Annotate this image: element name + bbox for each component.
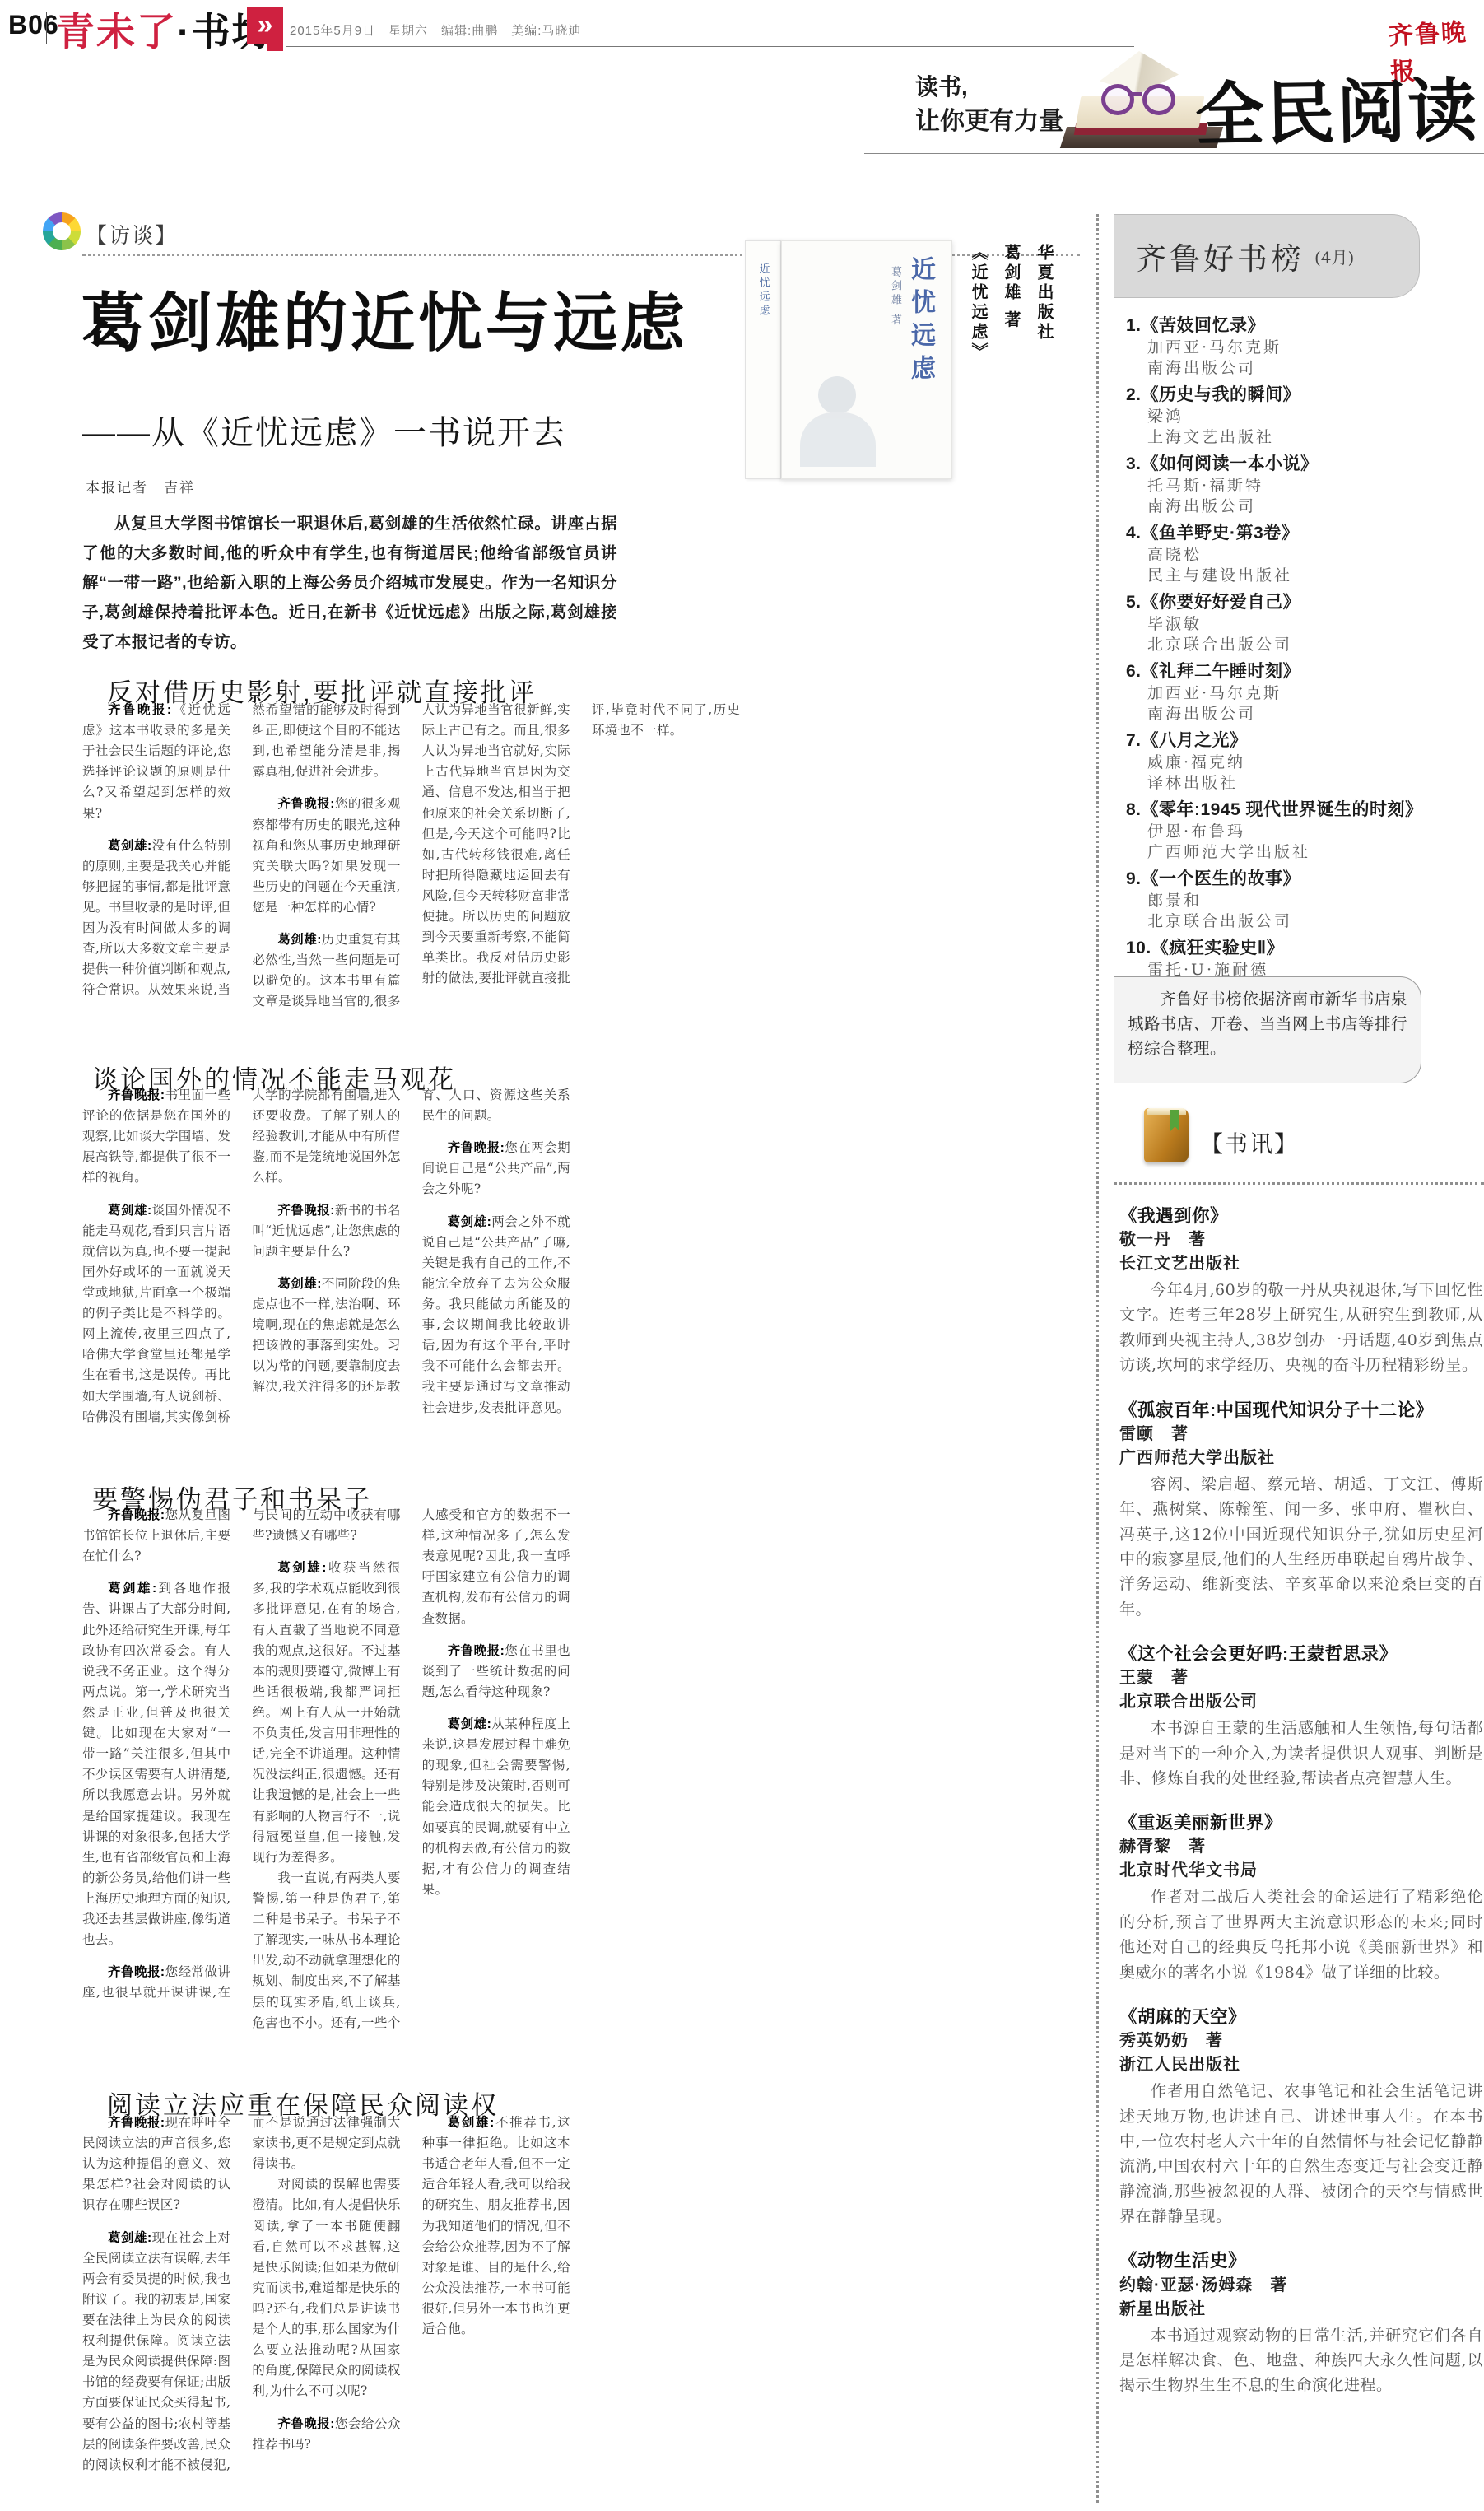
speaker-label: 葛剑雄: bbox=[108, 1204, 151, 1218]
book-author: 王蒙 著 bbox=[1119, 1666, 1483, 1690]
article-paragraph: 齐鲁晚报:《近忧远虑》这本书收录的多是关于社会民生话题的评论,您选择评论议题的原… bbox=[82, 700, 230, 824]
book-publisher: 北京联合出版公司 bbox=[1126, 911, 1475, 933]
book-author: 雷颐 著 bbox=[1119, 1423, 1483, 1447]
banner-title: 全民阅读 bbox=[1194, 55, 1484, 160]
speaker-label: 葛剑雄: bbox=[108, 839, 151, 853]
section-masthead: 青未了·书坊 bbox=[56, 2, 272, 57]
article-paragraph: 齐鲁晚报:现在呼吁全民阅读立法的声音很多,您认为这种提倡的意义、效果怎样?社会对… bbox=[82, 2113, 230, 2216]
book-author: 梁鸿 bbox=[1126, 407, 1475, 428]
shuxun-item: 《这个社会会更好吗:王蒙哲思录》王蒙 著北京联合出版公司本书源自王蒙的生活感触和… bbox=[1119, 1642, 1483, 1791]
booklist-item: 9.《一个医生的故事》郎景和北京联合出版公司 bbox=[1126, 868, 1475, 933]
book-title: 9.《一个医生的故事》 bbox=[1126, 868, 1475, 891]
pinwheel-icon bbox=[43, 212, 81, 250]
article-paragraph: 葛剑雄:到各地作报告、讲课占了大部分时间,此外还给研究生开课,每年政协有四次常委… bbox=[82, 1578, 230, 1950]
booklist-item: 6.《礼拜二午睡时刻》加西亚·马尔克斯南海出版公司 bbox=[1126, 660, 1475, 725]
section-body-4: 齐鲁晚报:现在呼吁全民阅读立法的声音很多,您认为这种提倡的意义、效果怎样?社会对… bbox=[82, 2113, 1080, 2480]
booklist-item: 7.《八月之光》威廉·福克纳译林出版社 bbox=[1126, 729, 1475, 794]
speaker-label: 齐鲁晚报: bbox=[277, 2417, 334, 2431]
shuxun-item: 《动物生活史》约翰·亚瑟·汤姆森 著新星出版社本书通过观察动物的日常生活,并研究… bbox=[1119, 2248, 1483, 2397]
banner-slogan-line2: 让你更有力量 bbox=[915, 100, 1063, 137]
book-description: 本书源自王蒙的生活感触和人生领悟,每句话都是对当下的一种介入,为读者提供识人观事… bbox=[1119, 1716, 1483, 1791]
book-author: 高晓松 bbox=[1126, 545, 1475, 566]
book-title: 《胡麻的天空》 bbox=[1119, 2005, 1483, 2029]
speaker-label: 齐鲁晚报: bbox=[277, 797, 334, 811]
book-publisher: 南海出版公司 bbox=[1126, 704, 1475, 725]
shuxun-item: 《胡麻的天空》秀英奶奶 著浙江人民出版社作者用自然笔记、农事笔记和社会生活笔记讲… bbox=[1119, 2005, 1483, 2229]
book-cover-title: 近忧远虑 bbox=[902, 256, 938, 388]
article-subtitle: ——从《近忧远虑》一书说开去 bbox=[82, 407, 566, 454]
shuxun-list: 《我遇到你》敬一丹 著长江文艺出版社今年4月,60岁的敬一丹从央视退休,写下回忆… bbox=[1119, 1204, 1483, 2418]
book-title: 《动物生活史》 bbox=[1119, 2248, 1483, 2273]
book-publisher: 新星出版社 bbox=[1119, 2298, 1483, 2322]
header-rule bbox=[286, 46, 1134, 47]
book-title: 5.《你要好好爱自己》 bbox=[1126, 591, 1475, 614]
author-sketch bbox=[793, 371, 884, 470]
speaker-label: 葛剑雄: bbox=[448, 2116, 495, 2130]
article-paragraph: 齐鲁晚报:您会给公众推荐书吗? bbox=[252, 2414, 400, 2455]
book-publisher: 广西师范大学出版社 bbox=[1126, 842, 1475, 864]
booklist-header: 齐鲁好书榜 (4月) bbox=[1114, 214, 1420, 298]
book-spine: 近忧远虑 bbox=[745, 240, 781, 479]
speaker-label: 齐鲁晚报: bbox=[448, 1644, 505, 1658]
speaker-label: 齐鲁晚报: bbox=[108, 1088, 165, 1102]
book-author: 威廉·福克纳 bbox=[1126, 752, 1475, 774]
booklist: 1.《苦妓回忆录》加西亚·马尔克斯南海出版公司2.《历史与我的瞬间》梁鸿上海文艺… bbox=[1126, 314, 1475, 1006]
page-number: B06 bbox=[8, 10, 59, 40]
book-title: 4.《鱼羊野史·第3卷》 bbox=[1126, 522, 1475, 545]
book-author: 敬一丹 著 bbox=[1119, 1228, 1483, 1252]
book-title: 7.《八月之光》 bbox=[1126, 729, 1475, 752]
book-publisher: 浙江人民出版社 bbox=[1119, 2053, 1483, 2077]
speaker-label: 齐鲁晚报: bbox=[448, 1141, 505, 1155]
article-paragraph: 葛剑雄:从某种程度上来说,这是发展过程中难免的现象,但社会需要警惕,特别是涉及决… bbox=[422, 1714, 570, 1900]
book-author: 加西亚·马尔克斯 bbox=[1126, 683, 1475, 705]
book-title: 6.《礼拜二午睡时刻》 bbox=[1126, 660, 1475, 683]
book-title: 2.《历史与我的瞬间》 bbox=[1126, 384, 1475, 407]
book-publisher: 广西师范大学出版社 bbox=[1119, 1447, 1483, 1470]
book-title: 《我遇到你》 bbox=[1119, 1204, 1483, 1228]
newspaper-page: B06 青未了·书坊 » 2015年5月9日 星期六 编辑:曲鹏 美编:马晓迪 … bbox=[0, 0, 1484, 2511]
book-description: 今年4月,60岁的敬一丹从央视退休,写下回忆性文字。连考三年28岁上研究生,从研… bbox=[1119, 1278, 1483, 1378]
article-paragraph: 齐鲁晚报:您在两会期间说自己是“公共产品”,两会之外呢? bbox=[422, 1138, 570, 1200]
book-publisher: 南海出版公司 bbox=[1126, 496, 1475, 518]
article-paragraph: 齐鲁晚报:您从复旦图书馆馆长位上退休后,主要在忙什么? bbox=[82, 1505, 230, 1567]
book-title: 《这个社会会更好吗:王蒙哲思录》 bbox=[1119, 1642, 1483, 1666]
shuxun-item: 《重返美丽新世界》赫胥黎 著北京时代华文书局作者对二战后人类社会的命运进行了精彩… bbox=[1119, 1810, 1483, 1985]
book-publisher: 上海文艺出版社 bbox=[1126, 427, 1475, 449]
shuxun-tag: 【书讯】 bbox=[1200, 1126, 1299, 1159]
book-publisher: 译林出版社 bbox=[1126, 773, 1475, 794]
sidebar-divider bbox=[1096, 214, 1099, 2503]
article-paragraph: 葛剑雄:收获当然很多,我的学术观点能收到很多批评意见,在有的场合,有人直截了当地… bbox=[252, 1558, 400, 1868]
book-author: 托马斯·福斯特 bbox=[1126, 476, 1475, 497]
book-cover-image: 近忧远虑 近忧远虑 葛剑雄 著 bbox=[745, 240, 952, 479]
article-title: 葛剑雄的近忧与远虑 bbox=[81, 272, 688, 364]
speaker-label: 葛剑雄: bbox=[277, 933, 321, 947]
article-paragraph: 齐鲁晚报:您在书里也谈到了一些统计数据的问题,怎么看待这种现象? bbox=[422, 1641, 570, 1703]
article-byline: 本报记者 吉祥 bbox=[86, 476, 195, 496]
speaker-label: 齐鲁晚报: bbox=[108, 2116, 165, 2130]
booklist-note: 齐鲁好书榜依据济南市新华书店泉城路书店、开卷、当当网上书店等排行榜综合整理。 bbox=[1128, 987, 1407, 1062]
speaker-label: 齐鲁晚报: bbox=[108, 703, 171, 717]
book-author: 毕淑敏 bbox=[1126, 614, 1475, 636]
article-paragraph: 齐鲁晚报:新书的书名叫“近忧远虑”,让您焦虑的问题主要是什么? bbox=[252, 1200, 400, 1262]
speaker-label: 葛剑雄: bbox=[108, 2231, 151, 2245]
article-paragraph: 葛剑雄:不推荐书,这种事一律拒绝。比如这本书适合老年人看,但不一定适合年轻人看,… bbox=[422, 2113, 570, 2340]
book-cover-caption: 华夏出版社 葛剑雄 著 《近忧远虑》 bbox=[961, 244, 1060, 481]
section-body-3: 齐鲁晚报:您从复旦图书馆馆长位上退休后,主要在忙什么?葛剑雄:到各地作报告、讲课… bbox=[82, 1505, 1080, 2040]
book-title: 1.《苦妓回忆录》 bbox=[1126, 314, 1475, 338]
book-publisher: 民主与建设出版社 bbox=[1126, 566, 1475, 587]
speaker-label: 齐鲁晚报: bbox=[108, 1508, 165, 1522]
section-body-2: 齐鲁晚报:书里面一些评论的依据是您在国外的观察,比如谈大学围墙、发展高铁等,都提… bbox=[82, 1085, 1080, 1434]
shuxun-dotted-rule bbox=[1114, 1182, 1484, 1185]
book-author: 秀英奶奶 著 bbox=[1119, 2029, 1483, 2053]
book-author: 郎景和 bbox=[1126, 891, 1475, 912]
booklist-item: 3.《如何阅读一本小说》托马斯·福斯特南海出版公司 bbox=[1126, 453, 1475, 518]
book-author: 赫胥黎 著 bbox=[1119, 1835, 1483, 1859]
speaker-label: 葛剑雄: bbox=[448, 1215, 491, 1229]
booklist-title: 齐鲁好书榜 bbox=[1136, 234, 1305, 278]
book-title: 10.《疯狂实验史Ⅱ》 bbox=[1126, 937, 1475, 960]
book-front-cover: 近忧远虑 葛剑雄 著 bbox=[781, 240, 952, 479]
article-tag: 【访谈】 bbox=[86, 219, 178, 249]
book-cover-author: 葛剑雄 著 bbox=[888, 266, 904, 328]
shuxun-item: 《我遇到你》敬一丹 著长江文艺出版社今年4月,60岁的敬一丹从央视退休,写下回忆… bbox=[1119, 1204, 1483, 1378]
dateline: 2015年5月9日 星期六 编辑:曲鹏 美编:马晓迪 bbox=[290, 21, 581, 39]
book-description: 本书通过观察动物的日常生活,并研究它们各自是怎样解决食、色、地盘、种族四大永久性… bbox=[1119, 2323, 1483, 2398]
book-title: 3.《如何阅读一本小说》 bbox=[1126, 453, 1475, 476]
book-author: 伊恩·布鲁玛 bbox=[1126, 822, 1475, 843]
speaker-label: 葛剑雄: bbox=[277, 1561, 326, 1575]
section-name-red: 青未了 bbox=[56, 10, 177, 54]
glasses-icon bbox=[1095, 84, 1177, 112]
speaker-label: 葛剑雄: bbox=[448, 1717, 491, 1731]
header-divider bbox=[46, 12, 47, 44]
speaker-label: 葛剑雄: bbox=[277, 1277, 321, 1291]
book-publisher: 南海出版公司 bbox=[1126, 358, 1475, 380]
book-publisher: 北京时代华文书局 bbox=[1119, 1859, 1483, 1883]
book-title: 《孤寂百年:中国现代知识分子十二论》 bbox=[1119, 1398, 1483, 1423]
booklist-item: 5.《你要好好爱自己》毕淑敏北京联合出版公司 bbox=[1126, 591, 1475, 656]
booklist-item: 8.《零年:1945 现代世界诞生的时刻》伊恩·布鲁玛广西师范大学出版社 bbox=[1126, 799, 1475, 864]
banner-rule bbox=[864, 153, 1484, 154]
banner-slogan-line1: 读书, bbox=[915, 69, 968, 102]
book-publisher: 长江文艺出版社 bbox=[1119, 1252, 1483, 1276]
book-description: 容闳、梁启超、蔡元培、胡适、丁文江、傅斯年、燕树棠、陈翰笙、闻一多、张申府、瞿秋… bbox=[1119, 1472, 1483, 1622]
book-description: 作者对二战后人类社会的命运进行了精彩绝伦的分析,预言了世界两大主流意识形态的未来… bbox=[1119, 1884, 1483, 1985]
speaker-label: 齐鲁晚报: bbox=[108, 1965, 165, 1979]
book-title: 8.《零年:1945 现代世界诞生的时刻》 bbox=[1126, 799, 1475, 822]
booklist-item: 4.《鱼羊野史·第3卷》高晓松民主与建设出版社 bbox=[1126, 522, 1475, 587]
article-paragraph: 葛剑雄:两会之外不就说自己是“公共产品”了嘛,关键是我有自己的工作,不能完全放弃… bbox=[422, 1212, 570, 1419]
book-title: 《重返美丽新世界》 bbox=[1119, 1810, 1483, 1835]
book-author: 约翰·亚瑟·汤姆森 著 bbox=[1119, 2274, 1483, 2298]
section-body-1: 齐鲁晚报:《近忧远虑》这本书收录的多是关于社会民生话题的评论,您选择评论议题的原… bbox=[82, 700, 1080, 1018]
speaker-label: 葛剑雄: bbox=[108, 1582, 156, 1596]
book-icon bbox=[1144, 1108, 1189, 1162]
booklist-note-box: 齐鲁好书榜依据济南市新华书店泉城路书店、开卷、当当网上书店等排行榜综合整理。 bbox=[1114, 976, 1421, 1083]
shuxun-item: 《孤寂百年:中国现代知识分子十二论》雷颐 著广西师范大学出版社容闳、梁启超、蔡元… bbox=[1119, 1398, 1483, 1622]
article-paragraph: 对阅读的误解也需要澄清。比如,有人提倡快乐阅读,拿了一本书随便翻看,自然可以不求… bbox=[252, 2174, 400, 2402]
booklist-month: (4月) bbox=[1314, 245, 1354, 268]
article-paragraph: 齐鲁晚报:书里面一些评论的依据是您在国外的观察,比如谈大学围墙、发展高铁等,都提… bbox=[82, 1085, 230, 1189]
article-intro: 从复旦大学图书馆馆长一职退休后,葛剑雄的生活依然忙碌。讲座占据了他的大多数时间,… bbox=[82, 509, 617, 657]
speaker-label: 齐鲁晚报: bbox=[277, 1204, 334, 1218]
book-publisher: 北京联合出版公司 bbox=[1119, 1690, 1483, 1714]
book-author: 加西亚·马尔克斯 bbox=[1126, 338, 1475, 359]
book-publisher: 北京联合出版公司 bbox=[1126, 635, 1475, 656]
booklist-item: 2.《历史与我的瞬间》梁鸿上海文艺出版社 bbox=[1126, 384, 1475, 449]
book-description: 作者用自然笔记、农事笔记和社会生活笔记讲述天地万物,也讲述自己、讲述世事人生。在… bbox=[1119, 2079, 1483, 2229]
article-paragraph: 齐鲁晚报:您的很多观察都带有历史的眼光,这种视角和您从事历史地理研究关联大吗?如… bbox=[252, 794, 400, 918]
booklist-item: 1.《苦妓回忆录》加西亚·马尔克斯南海出版公司 bbox=[1126, 314, 1475, 380]
